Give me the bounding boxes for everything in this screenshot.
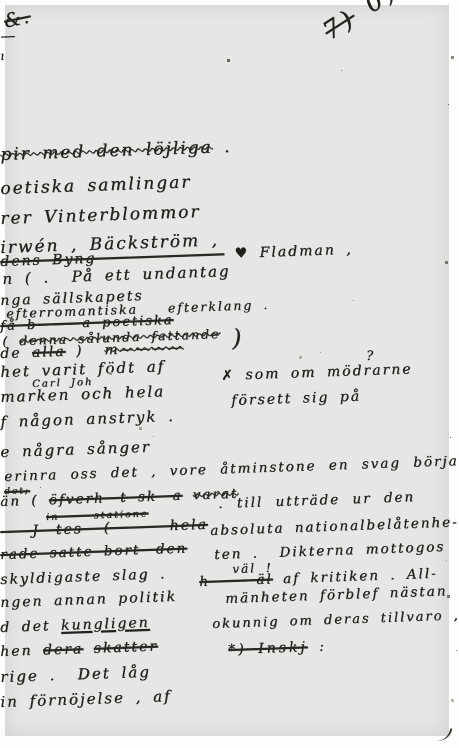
struck-handwriting-text: ——J—tes ( ———hela: [0, 517, 208, 540]
manuscript-line: okunnig om deras tillvaro ,: [212, 609, 459, 632]
handwriting-text: rige . Det låg: [0, 663, 151, 686]
handwriting-text: som om mödrarne: [245, 361, 413, 383]
manuscript-line: d det kungligen: [0, 616, 150, 637]
handwriting-text: marken och hela: [0, 382, 165, 406]
manuscript-line: ten . Dikterna mottogos: [214, 540, 445, 563]
handwriting-text: ?: [366, 349, 376, 364]
handwriting-text: ): [65, 342, 104, 359]
handwriting-text: de: [0, 345, 32, 362]
manuscript-line: än ( öfverh—t sk—a varat: [0, 487, 239, 510]
handwriting-text: f någon anstryk .: [0, 407, 175, 431]
manuscript-line: absoluta nationalbelåtenhe-: [210, 515, 459, 539]
struck-handwriting-text: m————: [104, 340, 184, 359]
handwriting-text: d det: [0, 618, 61, 636]
manuscript-line: in förnöjelse , af: [0, 688, 172, 710]
manuscript-line: försett sig på: [231, 389, 361, 409]
scan-noise-specks: [0, 0, 1, 1]
struck-handwriting-text: pir med den löjliga: [0, 138, 213, 165]
handwriting-text: . till utträde ur den: [218, 489, 415, 512]
handwriting-text: .: [212, 137, 231, 158]
handwriting-text: försett sig på: [231, 388, 361, 409]
handwriting-text: e några sånger: [0, 438, 151, 461]
handwriting-text: ı: [0, 49, 6, 63]
manuscript-line: *) Inskj :: [228, 640, 327, 659]
handwriting-text: ten . Dikterna mottogos: [214, 539, 446, 563]
manuscript-line: . till utträde ur den: [218, 490, 415, 512]
handwriting-text: ♥: [224, 245, 260, 262]
handwriting-text: oetiska samlingar: [0, 172, 192, 199]
manuscript-line: rige . Det låg: [0, 664, 151, 686]
manuscript-line: oetiska samlingar: [0, 173, 192, 198]
handwriting-text: än (: [0, 492, 49, 510]
struck-handwriting-text: h———äl: [199, 571, 273, 590]
handwriting-text: in förnöjelse , af: [0, 687, 172, 711]
handwriting-text: kungligen: [61, 615, 150, 634]
margin-mark: —: [0, 27, 18, 44]
handwriting-text: rer Vinterblommor: [0, 202, 201, 229]
page-number-annotation: 7) 0) a): [318, 0, 444, 45]
struck-handwriting-text: skatter: [93, 638, 158, 656]
manuscript-line: e några sånger: [0, 439, 151, 461]
struck-handwriting-text: dera: [43, 641, 84, 658]
handwriting-text: ): [220, 324, 242, 353]
handwriting-text: okunnig om deras tillvaro ,: [212, 608, 459, 632]
manuscript-line: pir med den löjliga .: [0, 138, 232, 165]
struck-handwriting-text: alla: [32, 344, 66, 361]
struck-handwriting-text: öfverh—t sk—a: [49, 488, 183, 509]
handwriting-text: ✗: [221, 367, 246, 384]
struck-handwriting-text: *) Inskj: [228, 639, 308, 658]
handwriting-text: ngen annan politik: [0, 589, 177, 611]
handwriting-text: skyldigaste slag .: [0, 566, 167, 588]
handwriting-text: [83, 641, 94, 657]
query-mark: ?: [366, 350, 375, 365]
handwriting-text: —: [0, 26, 18, 45]
manuscript-line: ✗ som om mödrarne: [221, 362, 413, 384]
manuscript-line: f någon anstryk .: [0, 408, 175, 431]
handwriting-text: :: [307, 639, 327, 656]
margin-mark: ı: [0, 50, 6, 63]
struck-handwriting-text: rade satte bort—den: [0, 540, 187, 563]
handwriting-text: 0) a): [346, 0, 444, 27]
handwriting-layer: &.—ı7) 0) a)pir med den löjliga .oetiska…: [0, 0, 459, 748]
manuscript-line: ngen annan politik: [0, 590, 177, 612]
manuscript-line: rade satte bort—den: [0, 541, 187, 562]
handwriting-text: [182, 487, 193, 503]
manuscript-line: marken och hela: [0, 383, 165, 405]
manuscript-line: hen dera skatter: [0, 639, 158, 660]
handwriting-text: hen: [0, 643, 43, 660]
manuscript-line: ——J—tes ( ———hela: [0, 518, 208, 541]
handwriting-text: Fladman ,: [259, 242, 353, 261]
handwriting-text: absoluta nationalbelåtenhe-: [210, 514, 459, 539]
manuscript-line: skyldigaste slag .: [0, 567, 167, 588]
manuscript-line: rer Vinterblommor: [0, 203, 201, 229]
